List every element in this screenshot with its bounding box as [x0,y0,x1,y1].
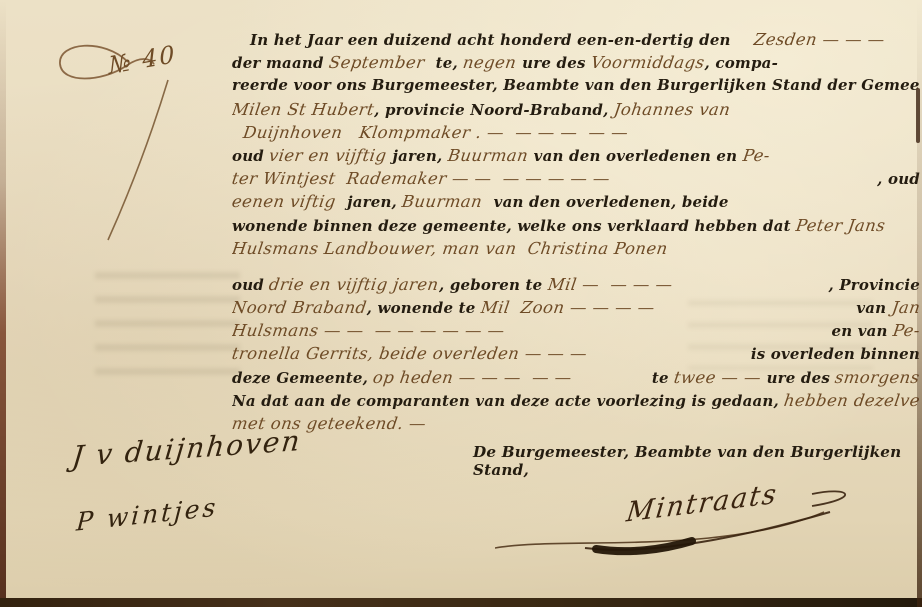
act-line: Milen St Hubert, provincie Noord-Braband… [232,98,920,121]
page-bottom-edge [0,598,922,607]
handwritten-entry: Mil Zoon — — — — [479,296,852,319]
official-title-line: De Burgemeester, Beambte van den Burgerl… [473,443,922,479]
handwritten-entry: vier en vijftig [268,144,394,167]
act-line: wonende binnen deze gemeente, welke ons … [232,214,920,237]
signature-witness-1: J v duijnhoven [71,424,304,473]
signature-witness-2: P wintjes [75,492,219,536]
printed-text: oud [232,274,269,296]
handwritten-entry: Jan [890,296,920,319]
printed-text: jaren, [393,147,448,165]
act-number: № 40 [108,40,178,80]
handwritten-entry: Mil — — — — [546,273,830,296]
handwritten-entry: Zesden — — — [734,28,886,51]
printed-text: te, [430,54,463,72]
act-paragraph: oud drie en vijftig jaren, geboren te Mi… [232,273,920,435]
handwritten-entry: Buurman [446,144,535,167]
printed-text: , provincie Noord-Braband, [374,101,614,119]
printed-text: , wonende te [367,297,481,319]
act-line: Noord Braband, wonende te Mil Zoon — — —… [232,296,920,319]
signature-official: Mintraats [625,478,780,528]
handwritten-entry: hebben dezelve [783,389,920,412]
register-binding-edge [0,0,6,607]
printed-text: jaren, [347,193,402,211]
act-line: Hulsmans Landbouwer, man van Christina P… [232,237,920,260]
printed-text: , geboren te [439,274,548,296]
printed-text: In het Jaar een duizend acht honderd een… [250,31,736,49]
handwritten-entry: tronella Gerrits, beide overleden — — — [232,342,747,365]
printed-text: ure des [761,367,835,389]
page-edge-mark [916,88,920,143]
handwritten-entry: Pe- [891,319,920,342]
act-line: Hulsmans — — — — — — — — en van Pe- [232,319,920,342]
handwritten-entry: op heden — — — — — [372,366,648,389]
printed-text: , oud [877,168,920,190]
printed-text: , compa- [705,54,779,72]
handwritten-entry: smorgens [834,366,920,389]
handwritten-entry: Peter Jans [795,214,887,237]
act-line: der maand September te, negen ure des Vo… [232,51,920,74]
handwritten-entry: Noord Braband [232,296,368,319]
act-line: eenen viftig jaren, Buurman van den over… [232,190,920,213]
handwritten-entry: drie en vijftig jaren [268,273,441,296]
ink-bleedthrough [95,272,240,387]
printed-text: van den overledenen, beide [488,193,728,211]
handwritten-entry: Pe- [741,144,771,167]
handwritten-entry: September [327,51,431,74]
printed-text: der maand [232,54,329,72]
printed-text: Na dat aan de comparanten van deze acte … [232,392,784,410]
handwritten-entry: Voormiddags [589,51,706,74]
act-line: met ons geteekend. — [232,412,920,435]
act-line: deze Gemeente, op heden — — — — — te twe… [232,366,920,389]
act-line: oud drie en vijftig jaren, geboren te Mi… [232,273,920,296]
printed-text: reerde voor ons Burgemeester, Beambte va… [232,76,920,94]
printed-text: van [851,297,892,319]
printed-text: oud [232,147,269,165]
printed-text: te [646,367,674,389]
printed-text: deze Gemeente, [232,367,373,389]
act-line: reerde voor ons Burgemeester, Beambte va… [232,74,920,97]
act-line: ter Wintjest Rademaker — — — — — — —, ou… [232,167,920,190]
handwritten-entry: eenen viftig [232,190,349,213]
handwritten-entry: Milen St Hubert [232,98,376,121]
printed-text: is overleden binnen [745,343,920,365]
handwritten-entry: negen [462,51,519,74]
handwritten-entry: Duijnhoven Klompmaker . — — — — — — [232,121,630,144]
act-line: oud vier en vijftig jaren, Buurman van d… [232,144,920,167]
handwritten-entry: twee — — [673,366,763,389]
printed-text: ure des [517,54,591,72]
act-line: In het Jaar een duizend acht honderd een… [232,28,920,51]
handwritten-entry: Hulsmans Landbouwer, man van Christina P… [232,237,669,260]
act-line: tronella Gerrits, beide overleden — — — … [232,342,920,365]
act-line: Duijnhoven Klompmaker . — — — — — — [232,121,920,144]
handwritten-entry: ter Wintjest Rademaker — — — — — — — [232,167,879,190]
handwritten-entry: Hulsmans — — — — — — — — [232,319,828,342]
printed-text: wonende binnen deze gemeente, welke ons … [232,217,796,235]
handwritten-entry: Buurman [401,190,490,213]
handwritten-entry: Johannes van [612,98,732,121]
act-paragraph: In het Jaar een duizend acht honderd een… [232,28,920,260]
printed-text: , Provincie [828,274,920,296]
act-line: Na dat aan de comparanten van deze acte … [232,389,920,412]
act-text: In het Jaar een duizend acht honderd een… [232,28,920,435]
printed-text: van den overledenen en [534,147,743,165]
death-record-page: № 40 In het Jaar een duizend acht honder… [0,0,922,607]
printed-text: en van [826,320,893,342]
